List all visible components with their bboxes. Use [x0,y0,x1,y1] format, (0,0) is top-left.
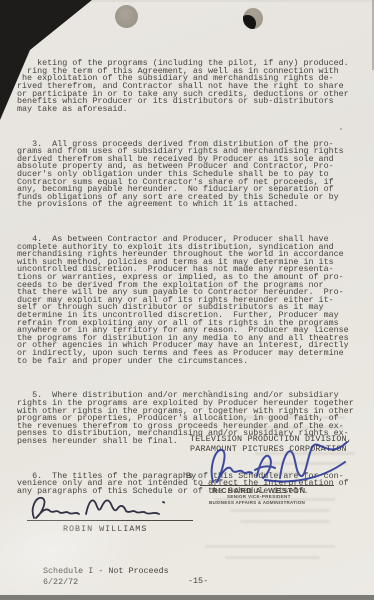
stray-typed-mark: ' [186,423,191,433]
contractor-typed-name: ROBIN WILLIAMS [63,524,147,534]
bleedthrough-mark [240,520,330,523]
punch-hole-left-icon [115,5,138,28]
punch-hole-right-icon [243,8,263,29]
bleedthrough-mark [248,426,343,429]
dust-speck [118,332,120,334]
paragraph-3: 3. All gross proceeds derived from distr… [17,141,365,209]
scanned-contract-page: keting of the programs (including the pi… [0,0,374,600]
producer-signature-ink [195,430,350,490]
bleedthrough-mark [235,416,345,419]
paragraph-4: 4. As between Contractor and Producer, P… [17,236,365,365]
dust-speck [340,128,342,130]
bleedthrough-mark [230,509,330,512]
paragraph-continuation: keting of the programs (including the pi… [17,60,365,113]
scan-background-bottom [0,595,374,600]
document-date: 6/22/72 [43,577,78,587]
signer-title-line2: BUSINESS AFFAIRS & ADMINISTRATION [209,500,305,505]
schedule-label: Schedule I - Not Proceeds [43,566,169,576]
page-number: -15- [188,576,208,586]
paper-top-edge [92,0,374,2]
bleedthrough-mark [205,545,335,548]
dust-speck [208,390,210,392]
contractor-signature-ink [26,492,176,524]
bleedthrough-mark [225,556,320,559]
signer-title-line1: SENIOR VICE-PRESIDENT [227,494,291,499]
